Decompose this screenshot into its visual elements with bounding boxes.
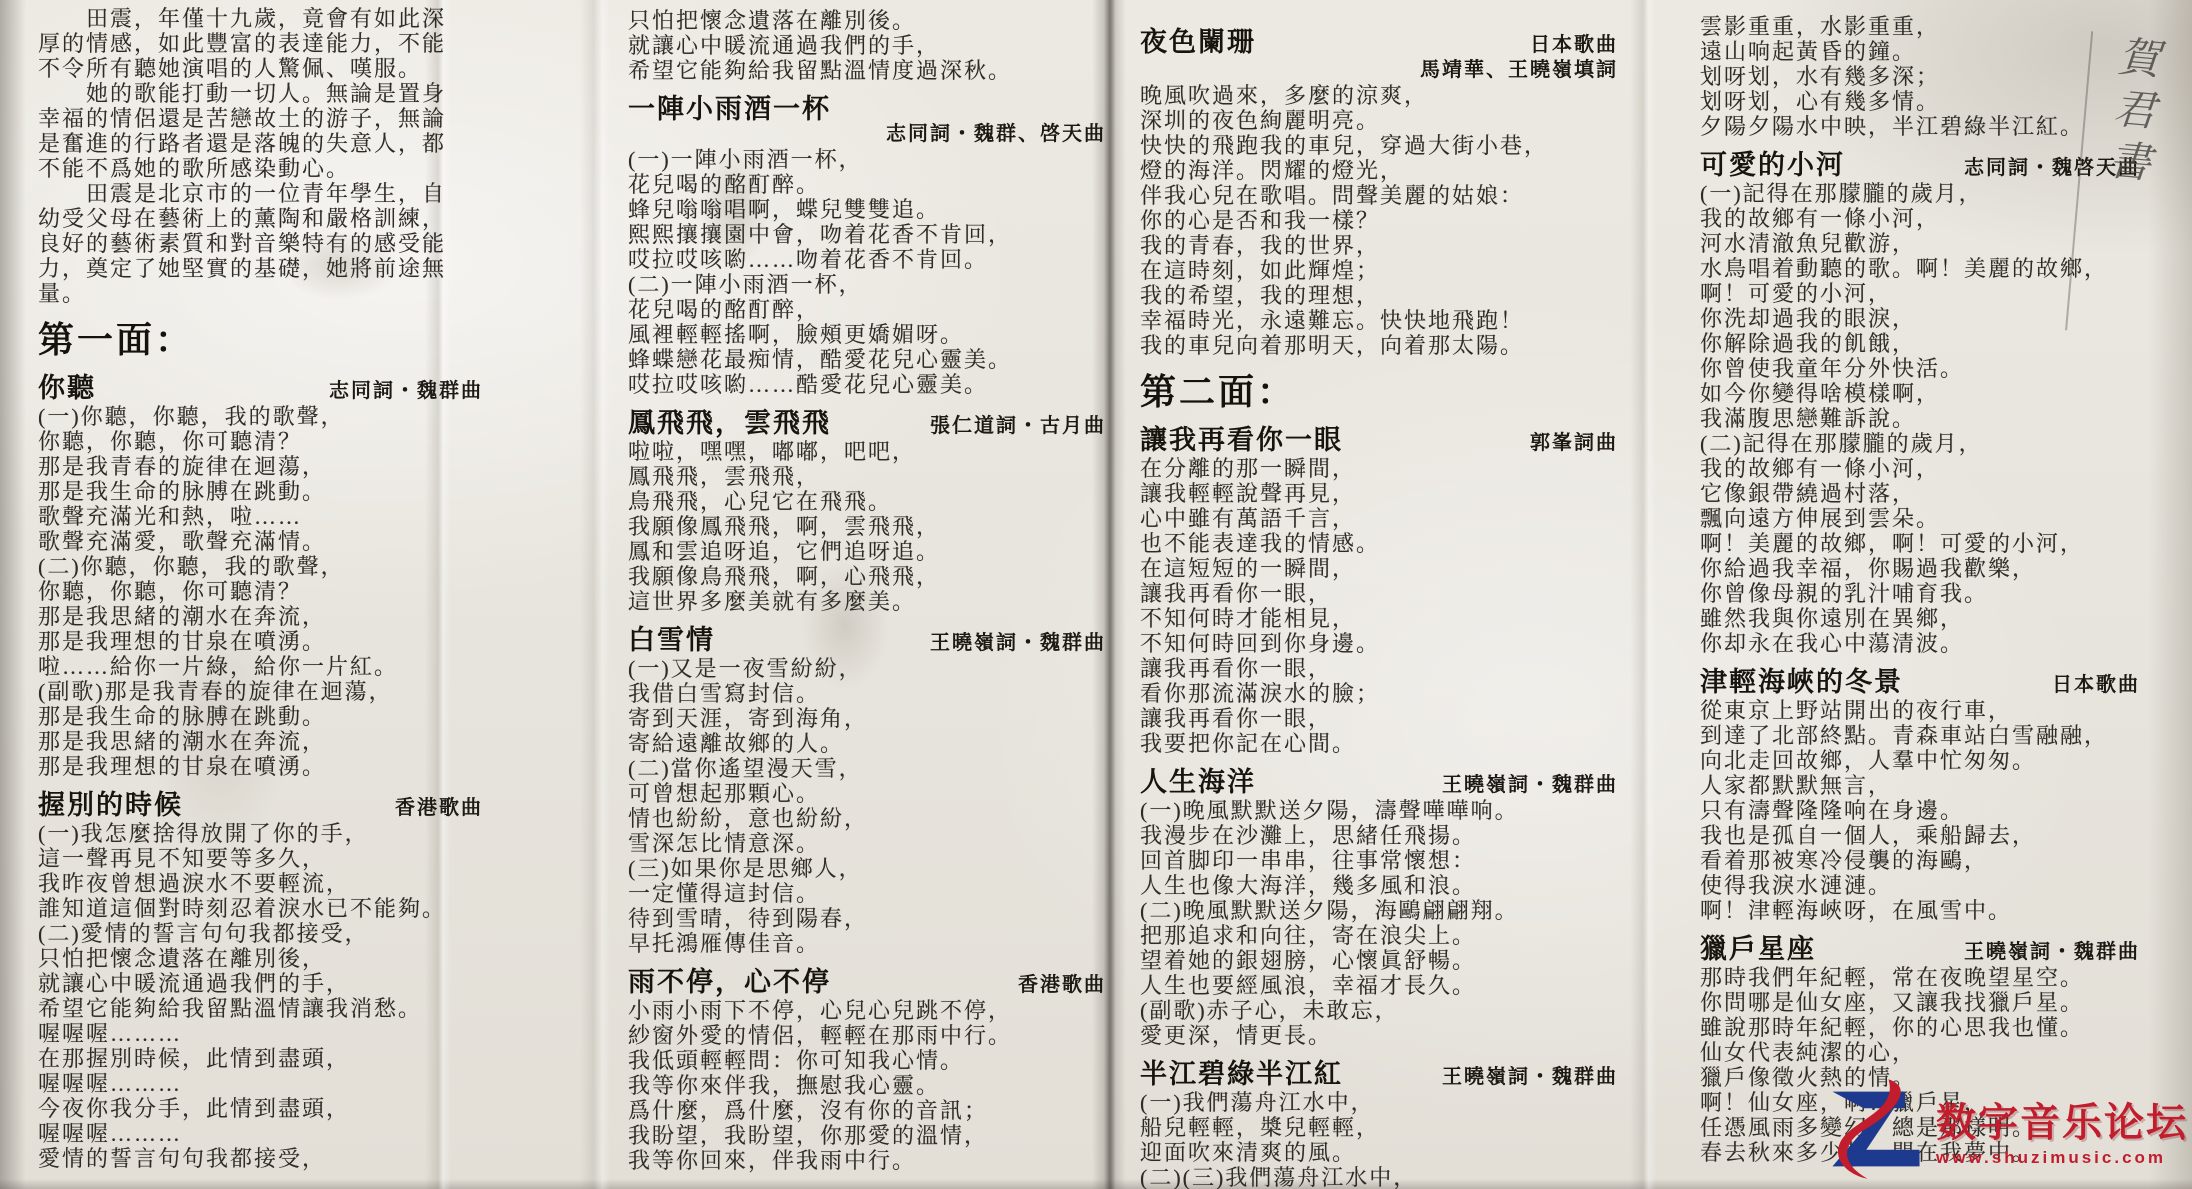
paragraph-line: 良好的藝術素質和對音樂特有的感受能 <box>38 231 483 256</box>
lyric-line: 喔喔喔……… <box>38 1121 483 1146</box>
lyric-line: 你聽，你聽，你可聽清？ <box>38 579 483 604</box>
paragraph-line: 厚的情感，如此豐富的表達能力，不能 <box>38 31 483 56</box>
song-header: 可愛的小河志同詞・魏啓天曲 <box>1700 153 2140 181</box>
lyric-line: 幸福時光，永遠難忘。快快地飛跑！ <box>1140 308 1618 333</box>
lyric-line: 不知何時回到你身邊。 <box>1140 631 1618 656</box>
song-credit: 王曉嶺詞・魏群曲 <box>1442 1065 1618 1090</box>
song-header: 津輕海峽的冬景日本歌曲 <box>1700 670 2140 698</box>
side-heading: 第一面： <box>38 318 483 362</box>
lyric-line: 蜂兒嗡嗡唱啊，蝶兒雙雙追。 <box>628 197 1106 222</box>
lyric-line: (一)一陣小雨酒一杯， <box>628 147 1106 172</box>
lyric-line: 啊！津輕海峽呀，在風雪中。 <box>1700 898 2140 923</box>
paragraph-line: 幸福的情侶還是苦戀故土的游子，無論 <box>38 106 483 131</box>
lyric-line: 爲什麼，爲什麼，沒有你的音訊； <box>628 1098 1106 1123</box>
lyric-line: 從東京上野站開出的夜行車， <box>1700 698 2140 723</box>
lyric-line: 你曾使我童年分外快活。 <box>1700 356 2140 381</box>
lyric-line: 在這短短的一瞬間， <box>1140 556 1618 581</box>
paragraph-line: 田震，年僅十九歲，竟會有如此深 <box>38 6 483 31</box>
lyric-line: 喔喔喔……… <box>38 1071 483 1096</box>
song-header: 夜色闌珊日本歌曲 <box>1140 30 1618 58</box>
paragraph-line: 量。 <box>38 281 483 306</box>
watermark-text: 数字音乐论坛 www.shuzimusic.com <box>1936 1091 2188 1168</box>
lyric-line: 讓我再看你一眼， <box>1140 706 1618 731</box>
paragraph-line: 就讓心中暖流通過我們的手， <box>628 33 1106 58</box>
lyric-line: 人生也要經風浪，幸福才長久。 <box>1140 973 1618 998</box>
lyric-line: 那是我青春的旋律在迴蕩， <box>38 454 483 479</box>
song-credit: 香港歌曲 <box>395 796 483 821</box>
lyric-line: 船兒輕輕，槳兒輕輕， <box>1140 1115 1618 1140</box>
lyric-line: 你解除過我的飢餓， <box>1700 331 2140 356</box>
lyric-line: (一)我怎麼捨得放開了你的手， <box>38 821 483 846</box>
paragraph-line: 只怕把懷念遺落在離別後。 <box>628 8 1106 33</box>
lyric-line: 人家都默默無言， <box>1700 773 2140 798</box>
lyric-line: 我的車兒向着那明天，向着那太陽。 <box>1140 333 1618 358</box>
song-title: 讓我再看你一眼 <box>1140 428 1343 453</box>
lyric-line: (三)如果你是思鄉人， <box>628 856 1106 881</box>
lyric-line: 這一聲再見不知要等多久， <box>38 846 483 871</box>
song-header: 白雪情王曉嶺詞・魏群曲 <box>628 628 1106 656</box>
lyric-line: 燈的海洋。閃耀的燈光， <box>1140 158 1618 183</box>
song-title: 可愛的小河 <box>1700 153 1845 178</box>
lyric-line: 啦啦，嘿嘿，嘟嘟，吧吧， <box>628 439 1106 464</box>
lyric-line: 回首脚印一串串，往事常懷想： <box>1140 848 1618 873</box>
paragraph-line: 划呀划，心有幾多情。 <box>1700 89 2140 114</box>
lyric-line: 雪深怎比情意深。 <box>628 831 1106 856</box>
lyric-line: (二)一陣小雨酒一杯， <box>628 272 1106 297</box>
lyric-line: 把那追求和向往，寄在浪尖上。 <box>1140 923 1618 948</box>
page-edge-shadow-left <box>0 0 26 1189</box>
lyric-line: 一定懂得這封信。 <box>628 881 1106 906</box>
lyric-line: 人生也像大海洋，幾多風和浪。 <box>1140 873 1618 898</box>
lyric-line: 待到雪晴，待到陽春， <box>628 906 1106 931</box>
song-credit: 郭峯詞曲 <box>1530 431 1618 456</box>
lyric-line: 鳳和雲追呀追，它們追呀追。 <box>628 539 1106 564</box>
scanned-lyrics-sheet: 田震，年僅十九歲，竟會有如此深厚的情感，如此豐富的表達能力，不能不令所有聽她演唱… <box>0 0 2192 1189</box>
lyric-line: 看着那被寒冷侵襲的海鷗， <box>1700 848 2140 873</box>
song-title: 夜色闌珊 <box>1140 30 1256 55</box>
lyric-line: 愛更深，情更長。 <box>1140 1023 1618 1048</box>
lyric-line: 到達了北部終點。青森車站白雪融融， <box>1700 723 2140 748</box>
lyrics-column-1: 田震，年僅十九歲，竟會有如此深厚的情感，如此豐富的表達能力，不能不令所有聽她演唱… <box>38 6 483 1171</box>
lyric-line: 情也紛紛，意也紛紛， <box>628 806 1106 831</box>
lyric-line: 飄向遠方伸展到雲朵。 <box>1700 506 2140 531</box>
lyric-line: 雖說那時年紀輕，你的心思我也懂。 <box>1700 1015 2140 1040</box>
song-title: 白雪情 <box>628 628 715 653</box>
lyrics-column-4: 雲影重重，水影重重，遠山响起黃昏的鐘。划呀划，水有幾多深；划呀划，心有幾多情。夕… <box>1700 14 2140 1165</box>
lyric-line: 風裡輕輕搖啊，臉頰更嬌媚呀。 <box>628 322 1106 347</box>
lyric-line: 這世界多麼美就有多麼美。 <box>628 589 1106 614</box>
lyric-line: 誰知道這個對時刻忍着淚水已不能夠。 <box>38 896 483 921</box>
song-title: 津輕海峽的冬景 <box>1700 670 1903 695</box>
lyric-line: 不知何時才能相見， <box>1140 606 1618 631</box>
paragraph-line: 夕陽夕陽水中映，半江碧綠半江紅。 <box>1700 114 2140 139</box>
lyric-line: 使得我淚水漣漣。 <box>1700 873 2140 898</box>
lyric-line: 在這時刻，如此輝煌； <box>1140 258 1618 283</box>
lyric-line: 只有濤聲隆隆响在身邊。 <box>1700 798 2140 823</box>
lyric-line: 我願像鳳飛飛，啊，雲飛飛， <box>628 514 1106 539</box>
song-credit: 王曉嶺詞・魏群曲 <box>930 631 1106 656</box>
song-title: 獵戶星座 <box>1700 937 1816 962</box>
lyric-line: (一)晚風默默送夕陽，濤聲嘩嘩响。 <box>1140 798 1618 823</box>
lyric-line: 歌聲充滿愛，歌聲充滿情。 <box>38 529 483 554</box>
lyric-line: 雖然我與你遠別在異鄉， <box>1700 606 2140 631</box>
lyrics-column-3: 夜色闌珊日本歌曲馬靖華、王曉嶺填詞晚風吹過來，多麼的涼爽，深圳的夜色絢麗明亮。快… <box>1140 16 1618 1189</box>
song-header: 人生海洋王曉嶺詞・魏群曲 <box>1140 770 1618 798</box>
paragraph-line: 划呀划，水有幾多深； <box>1700 64 2140 89</box>
lyric-line: 你給過我幸福，你賜過我歡樂， <box>1700 556 2140 581</box>
song-credit: 日本歌曲 <box>2052 673 2140 698</box>
lyric-line: 我也是孤自一個人，乘船歸去， <box>1700 823 2140 848</box>
lyric-line: 讓我輕輕說聲再見， <box>1140 481 1618 506</box>
lyric-line: 晚風吹過來，多麼的涼爽， <box>1140 83 1618 108</box>
lyrics-column-2: 只怕把懷念遺落在離別後。就讓心中暖流通過我們的手，希望它能夠給我留點溫情度過深秋… <box>628 8 1106 1173</box>
paragraph-line: 雲影重重，水影重重， <box>1700 14 2140 39</box>
lyric-line: 你却永在我心中蕩清波。 <box>1700 631 2140 656</box>
lyric-line: 那是我理想的甘泉在噴湧。 <box>38 629 483 654</box>
song-credit: 香港歌曲 <box>1018 973 1106 998</box>
song-header: 一陣小雨酒一杯 <box>628 97 1106 122</box>
song-credit: 馬靖華、王曉嶺填詞 <box>1140 58 1618 83</box>
song-header: 鳳飛飛，雲飛飛張仁道詞・古月曲 <box>628 411 1106 439</box>
lyric-line: 我漫步在沙灘上，思緒任飛揚。 <box>1140 823 1618 848</box>
lyric-line: (二)(三)我們蕩舟江水中， <box>1140 1165 1618 1189</box>
lyric-line: 讓我再看你一眼， <box>1140 656 1618 681</box>
lyric-line: 寄給遠離故鄉的人。 <box>628 731 1106 756</box>
lyric-line: (二)愛情的誓言句句我都接受， <box>38 921 483 946</box>
lyric-line: 我等你來伴我，撫慰我心靈。 <box>628 1073 1106 1098</box>
paragraph-line: 不令所有聽她演唱的人驚佩、嘆服。 <box>38 56 483 81</box>
lyric-line: 你的心是否和我一樣？ <box>1140 208 1618 233</box>
lyric-line: 仙女代表純潔的心， <box>1700 1040 2140 1065</box>
lyric-line: 我等你回來，伴我雨中行。 <box>628 1148 1106 1173</box>
lyric-line: 哎拉哎咳喲……吻着花香不肯回。 <box>628 247 1106 272</box>
lyric-line: 望着她的銀翅膀，心懷眞舒暢。 <box>1140 948 1618 973</box>
lyric-line: 我昨夜曾想過淚水不要輕流， <box>38 871 483 896</box>
song-header: 獵戶星座王曉嶺詞・魏群曲 <box>1700 937 2140 965</box>
lyric-line: 那是我生命的脉膊在跳動。 <box>38 704 483 729</box>
song-title: 握別的時候 <box>38 793 183 818</box>
lyric-line: 深圳的夜色絢麗明亮。 <box>1140 108 1618 133</box>
lyric-line: (一)記得在那朦朧的歲月， <box>1700 181 2140 206</box>
song-credit: 日本歌曲 <box>1530 33 1618 58</box>
lyric-line: 歌聲充滿光和熱，啦…… <box>38 504 483 529</box>
lyric-line: 我的故鄉有一條小河， <box>1700 456 2140 481</box>
paragraph-line: 遠山响起黃昏的鐘。 <box>1700 39 2140 64</box>
lyric-line: 我借白雪寫封信。 <box>628 681 1106 706</box>
lyric-line: 愛情的誓言句句我都接受， <box>38 1146 483 1171</box>
paragraph-line: 田震是北京市的一位青年學生，自 <box>38 181 483 206</box>
song-header: 握別的時候香港歌曲 <box>38 793 483 821</box>
lyric-line: 迎面吹來清爽的風。 <box>1140 1140 1618 1165</box>
lyric-line: (副歌)那是我青春的旋律在迴蕩， <box>38 679 483 704</box>
lyric-line: 我願像鳥飛飛，啊，心飛飛， <box>628 564 1106 589</box>
lyric-line: (一)我們蕩舟江水中， <box>1140 1090 1618 1115</box>
fold-crease <box>1630 0 1656 1189</box>
lyric-line: 讓我再看你一眼， <box>1140 581 1618 606</box>
lyric-line: 它像銀帶繞過村落， <box>1700 481 2140 506</box>
side-heading: 第二面： <box>1140 370 1618 414</box>
paragraph-line: 是奮進的行路者還是落魄的失意人，都 <box>38 131 483 156</box>
lyric-line: 那時我們年紀輕，常在夜晚望星空。 <box>1700 965 2140 990</box>
lyric-line: 紗窗外愛的情侶，輕輕在那雨中行。 <box>628 1023 1106 1048</box>
song-title: 半江碧綠半江紅 <box>1140 1062 1343 1087</box>
lyric-line: 如今你變得啥模樣啊， <box>1700 381 2140 406</box>
lyric-line: (副歌)赤子心，未敢忘， <box>1140 998 1618 1023</box>
lyric-line: 熙熙攘攘園中會，吻着花香不肯回， <box>628 222 1106 247</box>
lyric-line: 早托鴻雁傳佳音。 <box>628 931 1106 956</box>
lyric-line: 只怕把懷念遺落在離別後， <box>38 946 483 971</box>
lyric-line: 花兒喝的酩酊醉， <box>628 297 1106 322</box>
song-header: 你聽志同詞・魏群曲 <box>38 376 483 404</box>
song-title: 人生海洋 <box>1140 770 1256 795</box>
lyric-line: 心中雖有萬語千言， <box>1140 506 1618 531</box>
lyric-line: (二)當你遙望漫天雪， <box>628 756 1106 781</box>
lyric-line: 我盼望，我盼望，你那愛的溫情， <box>628 1123 1106 1148</box>
song-title: 一陣小雨酒一杯 <box>628 97 831 122</box>
lyric-line: (一)又是一夜雪紛紛， <box>628 656 1106 681</box>
song-credit: 王曉嶺詞・魏群曲 <box>1964 940 2140 965</box>
lyric-line: 哎拉哎咳喲……酷愛花兒心靈美。 <box>628 372 1106 397</box>
lyric-line: 看你那流滿淚水的臉； <box>1140 681 1618 706</box>
lyric-line: (一)你聽，你聽，我的歌聲， <box>38 404 483 429</box>
lyric-line: 蜂蝶戀花最痴情，酷愛花兒心靈美。 <box>628 347 1106 372</box>
lyric-line: 我的希望，我的理想， <box>1140 283 1618 308</box>
lyric-line: 那是我思緒的潮水在奔流， <box>38 604 483 629</box>
fold-crease <box>580 0 610 1189</box>
paragraph-line: 希望它能夠給我留點溫情度過深秋。 <box>628 58 1106 83</box>
lyric-line: 你問哪是仙女座，又讓我找獵戶星。 <box>1700 990 2140 1015</box>
lyric-line: 啊！美麗的故鄉，啊！可愛的小河， <box>1700 531 2140 556</box>
song-credit: 張仁道詞・古月曲 <box>930 414 1106 439</box>
song-credit: 志同詞・魏群、啓天曲 <box>628 122 1106 147</box>
paragraph-line: 不能不爲她的歌所感染動心。 <box>38 156 483 181</box>
lyric-line: 那是我理想的甘泉在噴湧。 <box>38 754 483 779</box>
lyric-line: 我滿腹思戀難訴說。 <box>1700 406 2140 431</box>
song-credit: 王曉嶺詞・魏群曲 <box>1442 773 1618 798</box>
lyric-line: 在那握別時候，此情到盡頭， <box>38 1046 483 1071</box>
lyric-line: 伴我心兒在歌唱。問聲美麗的姑娘： <box>1140 183 1618 208</box>
lyric-line: 花兒喝的酩酊醉。 <box>628 172 1106 197</box>
lyric-line: (二)晚風默默送夕陽，海鷗翩翩翔。 <box>1140 898 1618 923</box>
lyric-line: 喔喔喔……… <box>38 1021 483 1046</box>
lyric-line: 快快的飛跑我的車兒，穿過大街小巷， <box>1140 133 1618 158</box>
lyric-line: 可曾想起那顆心。 <box>628 781 1106 806</box>
lyric-line: 向北走回故鄉，人羣中忙匆匆。 <box>1700 748 2140 773</box>
lyric-line: (二)記得在那朦朧的歲月， <box>1700 431 2140 456</box>
song-title: 雨不停，心不停 <box>628 970 831 995</box>
lyric-line: 那是我生命的脉膊在跳動。 <box>38 479 483 504</box>
lyric-line: 我低頭輕輕問：你可知我心情。 <box>628 1048 1106 1073</box>
lyric-line: 就讓心中暖流通過我們的手， <box>38 971 483 996</box>
lyric-line: 鳥飛飛，心兒它在飛飛。 <box>628 489 1106 514</box>
lyric-line: 啦……給你一片綠，給你一片紅。 <box>38 654 483 679</box>
song-title: 鳳飛飛，雲飛飛 <box>628 411 831 436</box>
paragraph-line: 幼受父母在藝術上的薰陶和嚴格訓練， <box>38 206 483 231</box>
lyric-line: 也不能表達我的情感。 <box>1140 531 1618 556</box>
song-header: 半江碧綠半江紅王曉嶺詞・魏群曲 <box>1140 1062 1618 1090</box>
watermark: 数字音乐论坛 www.shuzimusic.com <box>1824 1073 2188 1185</box>
lyric-line: 寄到天涯，寄到海角， <box>628 706 1106 731</box>
watermark-title: 数字音乐论坛 <box>1936 1091 2188 1148</box>
lyric-line: (二)你聽，你聽，我的歌聲， <box>38 554 483 579</box>
lyric-line: 那是我思緒的潮水在奔流， <box>38 729 483 754</box>
lyric-line: 鳳飛飛，雲飛飛， <box>628 464 1106 489</box>
lyric-line: 希望它能夠給我留點溫情讓我消愁。 <box>38 996 483 1021</box>
song-header: 雨不停，心不停香港歌曲 <box>628 970 1106 998</box>
lyric-line: 小雨小雨下不停，心兒心兒跳不停， <box>628 998 1106 1023</box>
lyric-line: 我的青春，我的世界， <box>1140 233 1618 258</box>
song-header: 讓我再看你一眼郭峯詞曲 <box>1140 428 1618 456</box>
song-credit: 志同詞・魏群曲 <box>329 379 483 404</box>
lyric-line: 今夜你我分手，此情到盡頭， <box>38 1096 483 1121</box>
lyric-line: 在分離的那一瞬間， <box>1140 456 1618 481</box>
watermark-url: www.shuzimusic.com <box>1936 1148 2166 1168</box>
lyric-line: 你聽，你聽，你可聽清？ <box>38 429 483 454</box>
lyric-line: 你曾像母親的乳汁哺育我。 <box>1700 581 2140 606</box>
shuzimusic-logo-icon <box>1824 1073 1928 1185</box>
lyric-line: 我要把你記在心間。 <box>1140 731 1618 756</box>
song-title: 你聽 <box>38 376 96 401</box>
paragraph-line: 力，奠定了她堅實的基礎，她將前途無 <box>38 256 483 281</box>
paragraph-line: 她的歌能打動一切人。無論是置身 <box>38 81 483 106</box>
